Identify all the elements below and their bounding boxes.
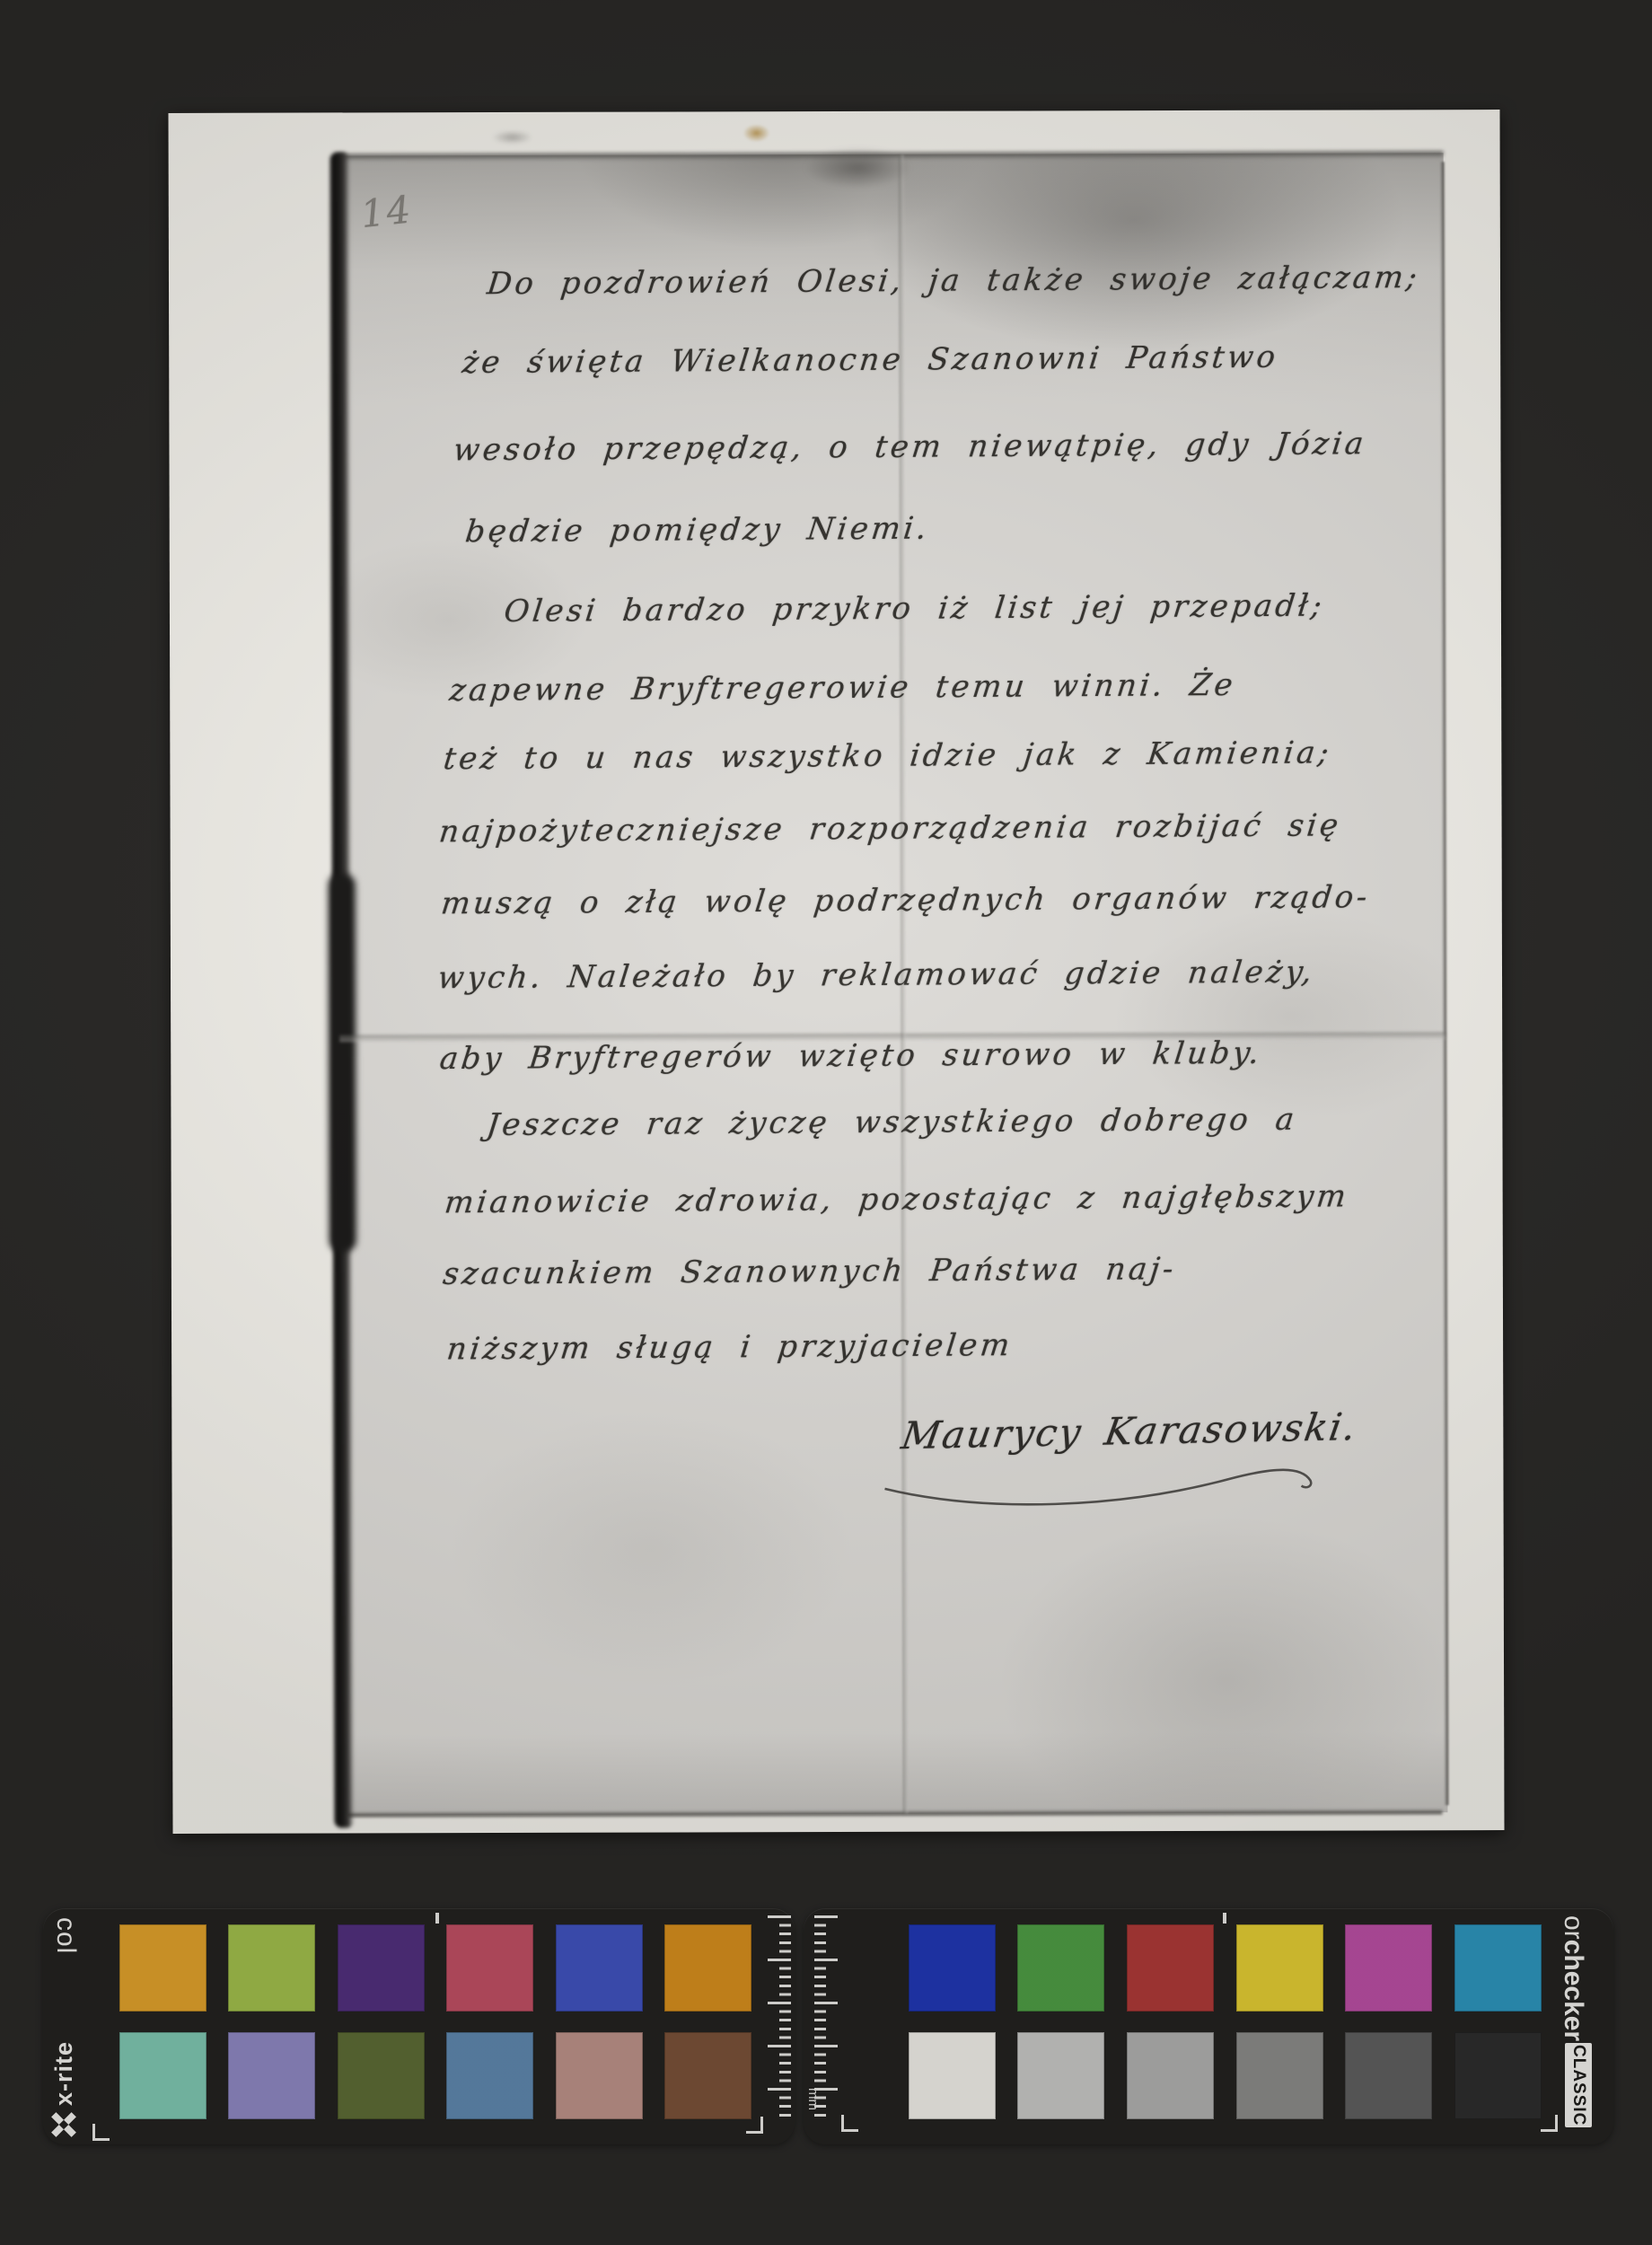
archival-photograph: { "photo": { "page_number": "14" }, "let… bbox=[0, 0, 1652, 2245]
handwriting-line: będzie pomiędzy Niemi. bbox=[463, 511, 931, 550]
classic-label: CLASSIC bbox=[1569, 2045, 1588, 2126]
tick-mark bbox=[435, 1913, 439, 1924]
color-patch-yellow bbox=[1236, 1924, 1323, 2012]
page-number: 14 bbox=[358, 187, 414, 236]
handwriting-line: wesoło przepędzą, o tem niewątpię, gdy J… bbox=[452, 426, 1368, 468]
color-patch-dark-skin bbox=[664, 2032, 751, 2119]
handwriting-line: szacunkiem Szanownych Państwa naj- bbox=[441, 1251, 1178, 1292]
photo-print: 14 Do pozdrowień Olesi, ja także swoje z… bbox=[168, 110, 1504, 1834]
color-patch-neutral-65 bbox=[1127, 2032, 1214, 2119]
color-patch-orange-yellow bbox=[119, 1924, 206, 2012]
color-patch-purplish-blue bbox=[556, 1924, 643, 2012]
color-patch-green bbox=[1017, 1924, 1104, 2012]
brand-fragment-light: or bbox=[1559, 1915, 1588, 1940]
colorchecker-right-half: mm orchecker CLASSIC bbox=[804, 1908, 1613, 2144]
color-patch-foliage bbox=[338, 2032, 425, 2119]
page-edge-bottom bbox=[347, 1809, 1442, 1817]
colorchecker-left-half: col x-rite bbox=[43, 1908, 795, 2144]
signature: Maurycy Karasowski. bbox=[899, 1404, 1361, 1457]
xrite-brand: x-rite bbox=[50, 2041, 78, 2138]
color-patch-white bbox=[909, 2032, 996, 2119]
color-patch-light-skin bbox=[556, 2032, 643, 2119]
color-patch-neutral-35 bbox=[1345, 2032, 1432, 2119]
color-patch-blue bbox=[909, 1924, 996, 2012]
xrite-wordmark: x-rite bbox=[50, 2041, 78, 2106]
color-patch-neutral-5 bbox=[1236, 2032, 1323, 2119]
color-patch-purple bbox=[338, 1924, 425, 2012]
ruler-ticks-long bbox=[814, 1915, 838, 2117]
stain-gray bbox=[492, 130, 533, 145]
color-patch-red bbox=[1127, 1924, 1214, 2012]
letter-page: 14 Do pozdrowień Olesi, ja także swoje z… bbox=[338, 153, 1448, 1815]
color-patch-magenta bbox=[1345, 1924, 1432, 2012]
handwriting-line: Jeszcze raz życzę wszystkiego dobrego a bbox=[485, 1102, 1299, 1143]
handwriting-line: też to u nas wszystko idzie jak z Kamien… bbox=[442, 735, 1334, 777]
color-patch-black bbox=[1454, 2032, 1542, 2119]
ink-smudge bbox=[804, 147, 912, 189]
page-edge-left-shadow bbox=[329, 874, 356, 1251]
color-patch-cyan bbox=[1454, 1924, 1542, 2012]
mm-label: mm bbox=[805, 2088, 821, 2110]
handwriting-line: Olesi bardzo przykro iż list jej przepad… bbox=[502, 588, 1326, 629]
handwriting-line: niższym sługą i przyjacielem bbox=[445, 1327, 1015, 1367]
tick-mark bbox=[1223, 1913, 1226, 1924]
color-patch-bluish-green bbox=[119, 2032, 206, 2119]
corner-fiducial bbox=[92, 2124, 110, 2141]
handwriting-line: że święta Wielkanocne Szanowni Państwo bbox=[461, 339, 1280, 381]
colorchecker-brand-fragment-left: col bbox=[50, 1917, 81, 1954]
stain-yellow bbox=[743, 124, 770, 142]
handwriting-line: muszą o złą wolę podrzędnych organów rzą… bbox=[439, 879, 1372, 921]
handwriting-line: najpożyteczniejsze rozporządzenia rozbij… bbox=[437, 807, 1343, 850]
handwriting-line: mianowicie zdrowia, pozostając z najgłęb… bbox=[443, 1178, 1351, 1220]
signature-flourish bbox=[879, 1454, 1346, 1518]
color-patch-blue-sky bbox=[446, 2032, 533, 2119]
classic-badge: CLASSIC bbox=[1565, 2043, 1592, 2127]
color-patch-moderate-red bbox=[446, 1924, 533, 2012]
corner-fiducial bbox=[1541, 2115, 1558, 2132]
xrite-logo-icon bbox=[51, 2111, 78, 2138]
brand-fragment-bold: checker bbox=[1559, 1940, 1588, 2041]
handwriting-line: Do pozdrowień Olesi, ja także swoje załą… bbox=[485, 260, 1421, 302]
page-edge-right bbox=[1440, 162, 1449, 1805]
handwriting-line: wych. Należało by reklamować gdzie należ… bbox=[435, 954, 1316, 996]
colorchecker-brand-fragment-right: orchecker bbox=[1558, 1915, 1588, 2041]
corner-fiducial bbox=[746, 2117, 763, 2134]
handwriting-line: zapewne Bryftregerowie temu winni. Że bbox=[448, 667, 1238, 709]
color-patch-orange bbox=[664, 1924, 751, 2012]
color-patch-neutral-8 bbox=[1017, 2032, 1104, 2119]
ruler-ticks-long bbox=[768, 1915, 791, 2117]
corner-fiducial bbox=[841, 2115, 858, 2132]
handwriting-line: aby Bryftregerów wzięto surowo w kluby. bbox=[438, 1035, 1264, 1077]
color-patch-blue-flower bbox=[228, 2032, 315, 2119]
color-patch-yellow-green bbox=[228, 1924, 315, 2012]
